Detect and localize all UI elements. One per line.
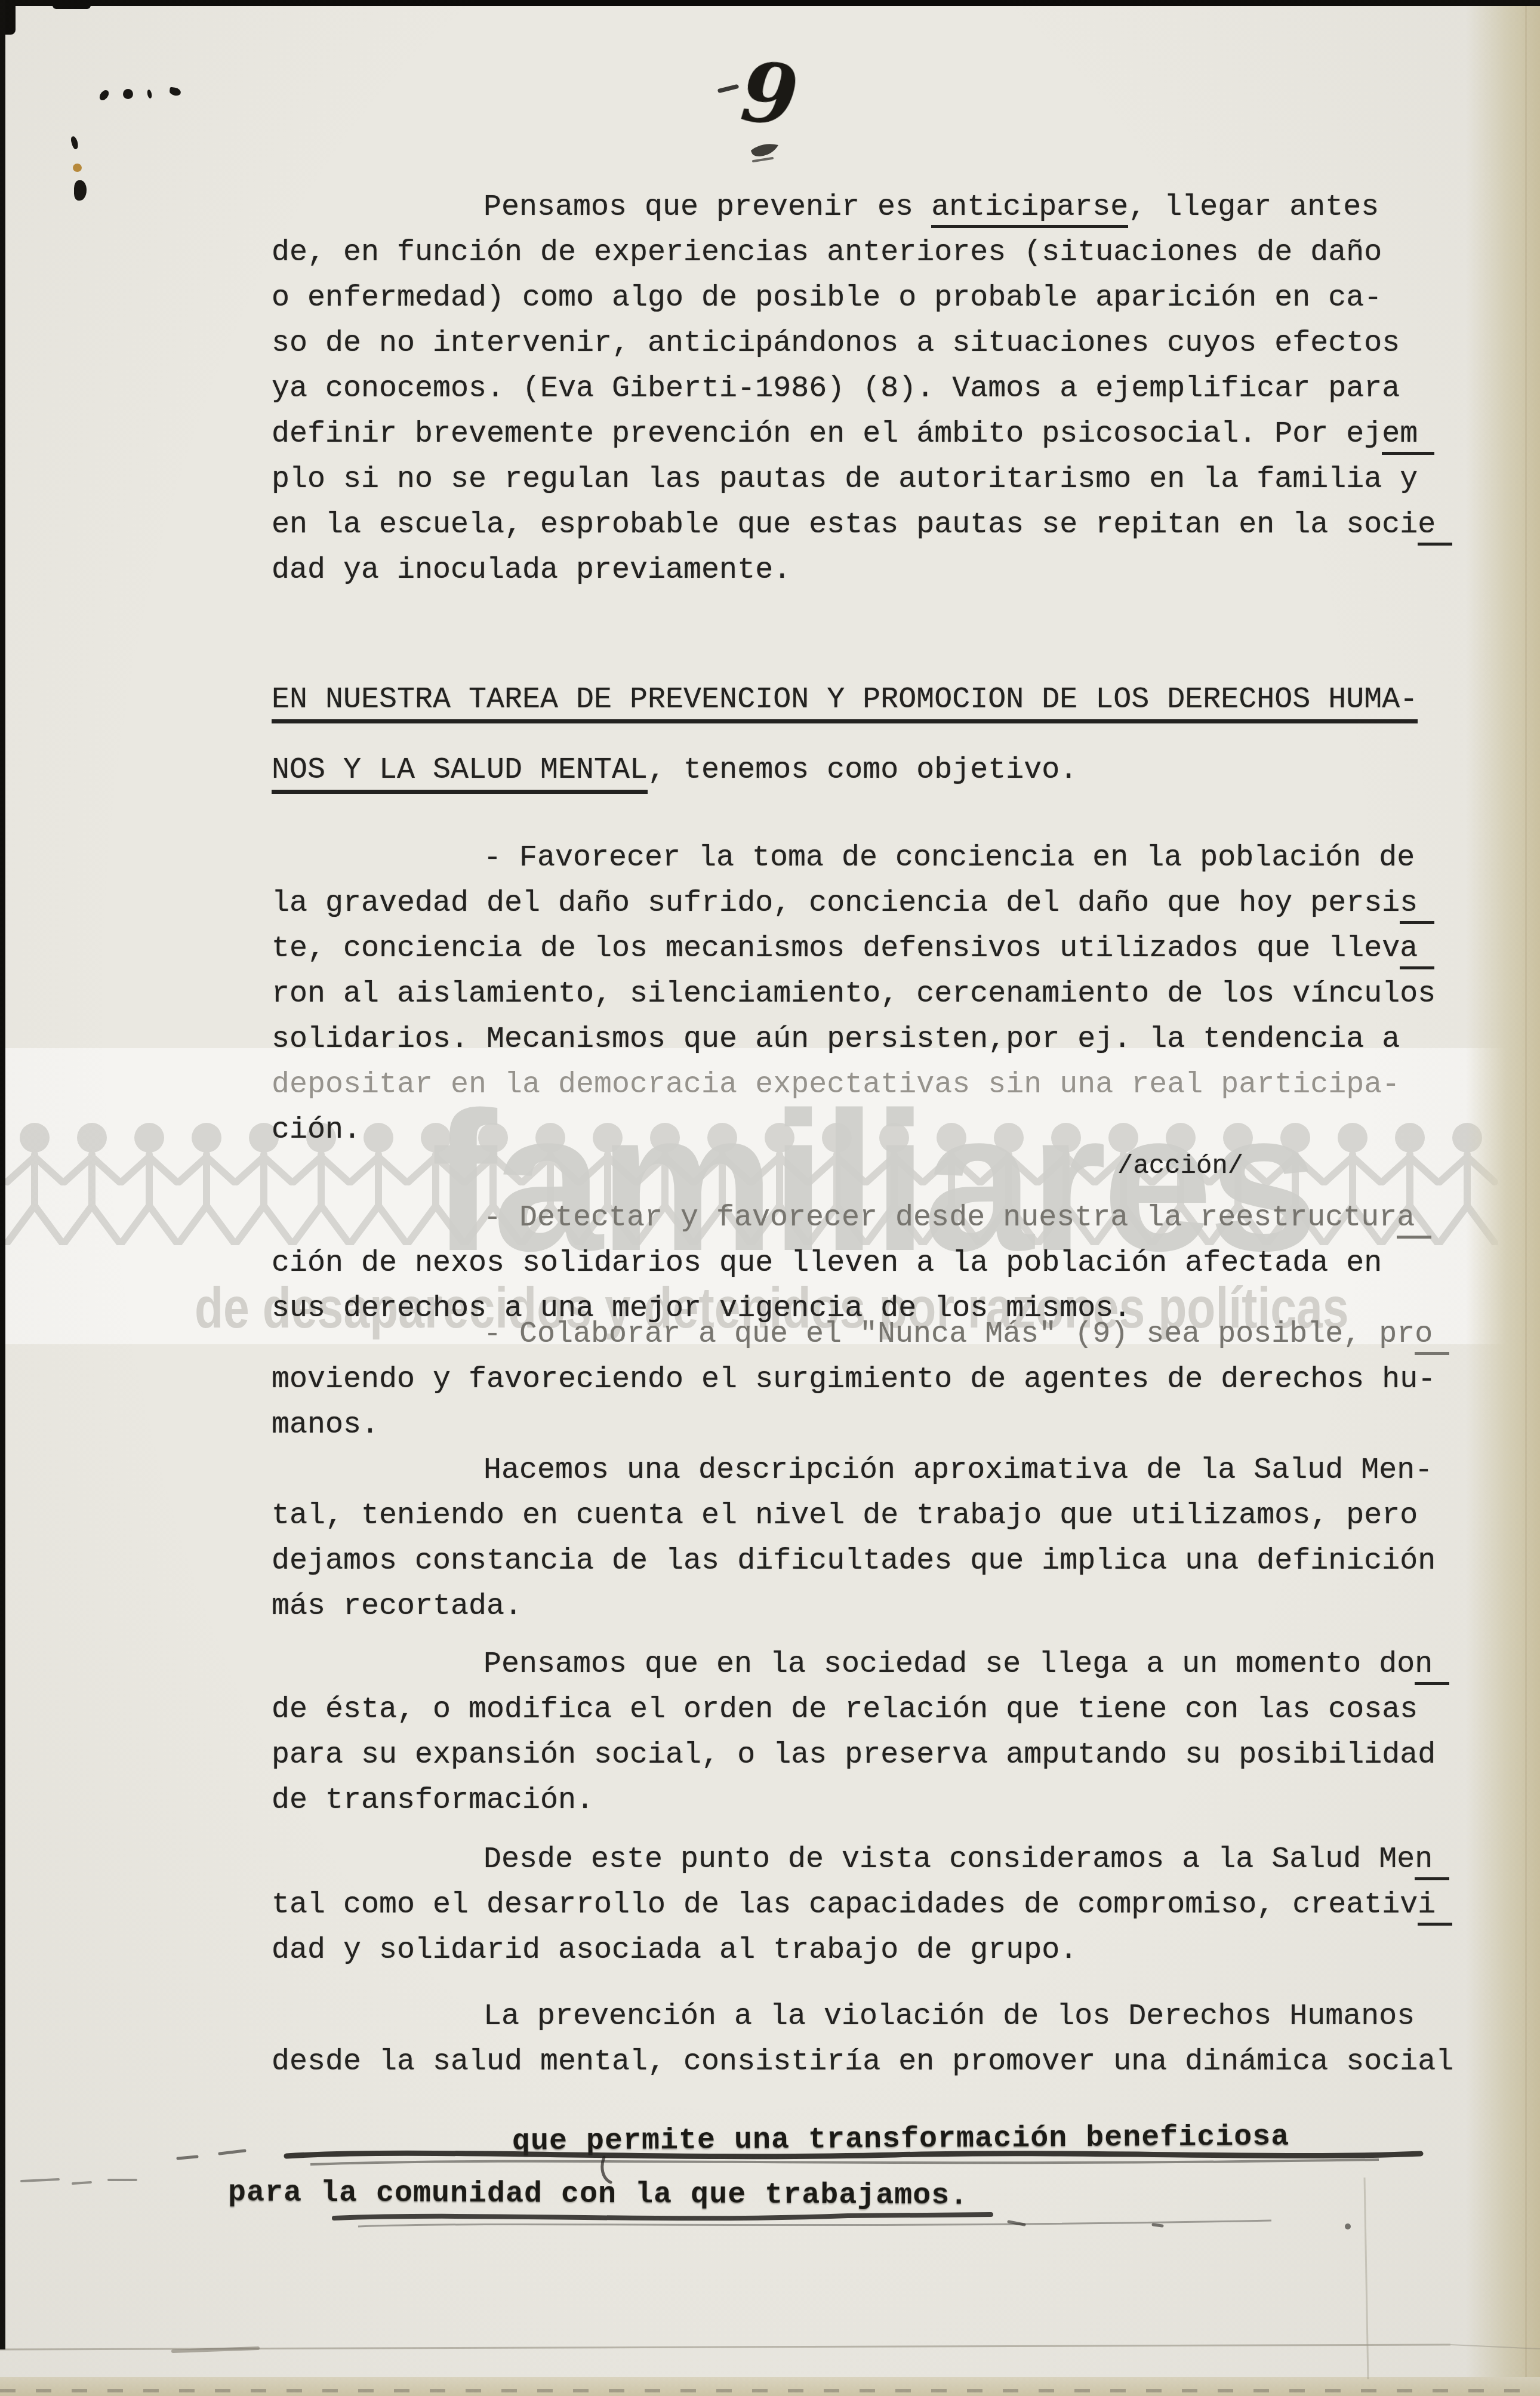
typed-line: te, conciencia de los mecanismos defensi…: [0, 926, 1540, 972]
typed-line: Pensamos que en la sociedad se llega a u…: [0, 1642, 1540, 1687]
typed-line: Hacemos una descripción aproximativa de …: [0, 1448, 1540, 1493]
typed-line: para su expansión social, o las preserva…: [0, 1733, 1540, 1778]
section-heading: EN NUESTRA TAREA DE PREVENCION Y PROMOCI…: [0, 673, 1540, 814]
stamped-line-1: que permite una transformación beneficio…: [512, 2110, 1540, 2165]
typed-line: EN NUESTRA TAREA DE PREVENCION Y PROMOCI…: [0, 673, 1540, 744]
typed-line: - Detectar y favorecer desde nuestra la …: [0, 1196, 1540, 1241]
stamped-line-2: para la comunidad con la que trabajamos.: [228, 2170, 1540, 2222]
typed-text-layer: Pensamos que prevenir es anticiparse, ll…: [0, 0, 1540, 2396]
typed-line: ron al aislamiento, silenciamiento, cerc…: [0, 972, 1540, 1017]
typed-line: NOS Y LA SALUD MENTAL, tenemos como obje…: [0, 744, 1540, 814]
page-edge-line: [1525, 0, 1527, 2396]
typed-line: Pensamos que prevenir es anticiparse, ll…: [0, 185, 1540, 230]
typed-line: depositar en la democracia expectativas …: [0, 1063, 1540, 1108]
typed-line: so de no intervenir, anticipándonos a si…: [0, 321, 1540, 367]
typed-line: La prevención a la violación de los Dere…: [0, 1994, 1540, 2040]
typed-line: más recortada.: [0, 1584, 1540, 1630]
scan-edge-blob: [53, 0, 91, 9]
typed-line: ya conocemos. (Eva Giberti-1986) (8). Va…: [0, 367, 1540, 412]
typed-line: de transformación.: [0, 1778, 1540, 1824]
typed-line: moviendo y favoreciendo el surgimiento d…: [0, 1357, 1540, 1403]
typed-line: - Favorecer la toma de conciencia en la …: [0, 836, 1540, 881]
typed-line: la gravedad del daño sufrido, conciencia…: [0, 881, 1540, 926]
typed-line: plo si no se regulan las pautas de autor…: [0, 457, 1540, 503]
typed-line: tal, teniendo en cuenta el nivel de trab…: [0, 1493, 1540, 1539]
typed-line: solidarios. Mecanismos que aún persisten…: [0, 1017, 1540, 1063]
paragraph-sociedad: Pensamos que en la sociedad se llega a u…: [0, 1642, 1540, 1824]
handwritten-page-number: 9: [737, 44, 802, 144]
objective-favorecer: - Favorecer la toma de conciencia en la …: [0, 836, 1540, 1153]
typed-line: definir brevemente prevención en el ámbi…: [0, 412, 1540, 457]
page-bottom-speckle: [0, 2389, 1540, 2392]
paragraph-descripcion: Hacemos una descripción aproximativa de …: [0, 1448, 1540, 1630]
typed-line: tal como el desarrollo de las capacidade…: [0, 1883, 1540, 1928]
page-bottom-edge: [0, 2377, 1540, 2396]
typed-line: o enfermedad) como algo de posible o pro…: [0, 276, 1540, 321]
typed-line: de, en función de experiencias anteriore…: [0, 230, 1540, 276]
typed-line: Desde este punto de vista consideramos a…: [0, 1837, 1540, 1883]
typed-line: dejamos constancia de las dificultades q…: [0, 1539, 1540, 1584]
scan-left-edge: [0, 0, 5, 2349]
scan-top-edge: [0, 0, 1540, 6]
typed-line: para la comunidad con la que trabajamos.: [228, 2170, 1540, 2222]
typed-line: de ésta, o modifica el orden de relación…: [0, 1687, 1540, 1733]
paragraph-prevenir: Pensamos que prevenir es anticiparse, ll…: [0, 185, 1540, 593]
typed-line: desde la salud mental, consistiría en pr…: [0, 2040, 1540, 2085]
ink-speck: [123, 89, 133, 99]
objective-colaborar: - Colaborar a que el "Nunca Más" (9) sea…: [0, 1312, 1540, 1448]
typed-line: ción de nexos solidarios que lleven a la…: [0, 1241, 1540, 1286]
paragraph-prevencion-ddhh: La prevención a la violación de los Dere…: [0, 1994, 1540, 2085]
typed-line: dad y solidarid asociada al trabajo de g…: [0, 1928, 1540, 1973]
scanned-document-page: familiares de desaparecidos y detenidos …: [0, 0, 1540, 2396]
typed-line: manos.: [0, 1403, 1540, 1448]
page-right-edge: [1466, 0, 1540, 2396]
ink-speck: [73, 164, 82, 172]
typed-line: en la escuela, esprobable que estas paut…: [0, 503, 1540, 548]
typed-line: ción.: [0, 1108, 1540, 1153]
objective-detectar: - Detectar y favorecer desde nuestra la …: [0, 1196, 1540, 1332]
typed-line: dad ya inoculada previamente.: [0, 548, 1540, 593]
typed-line: que permite una transformación beneficio…: [512, 2110, 1540, 2165]
typed-line: - Colaborar a que el "Nunca Más" (9) sea…: [0, 1312, 1540, 1357]
paragraph-salud-mental: Desde este punto de vista consideramos a…: [0, 1837, 1540, 1973]
